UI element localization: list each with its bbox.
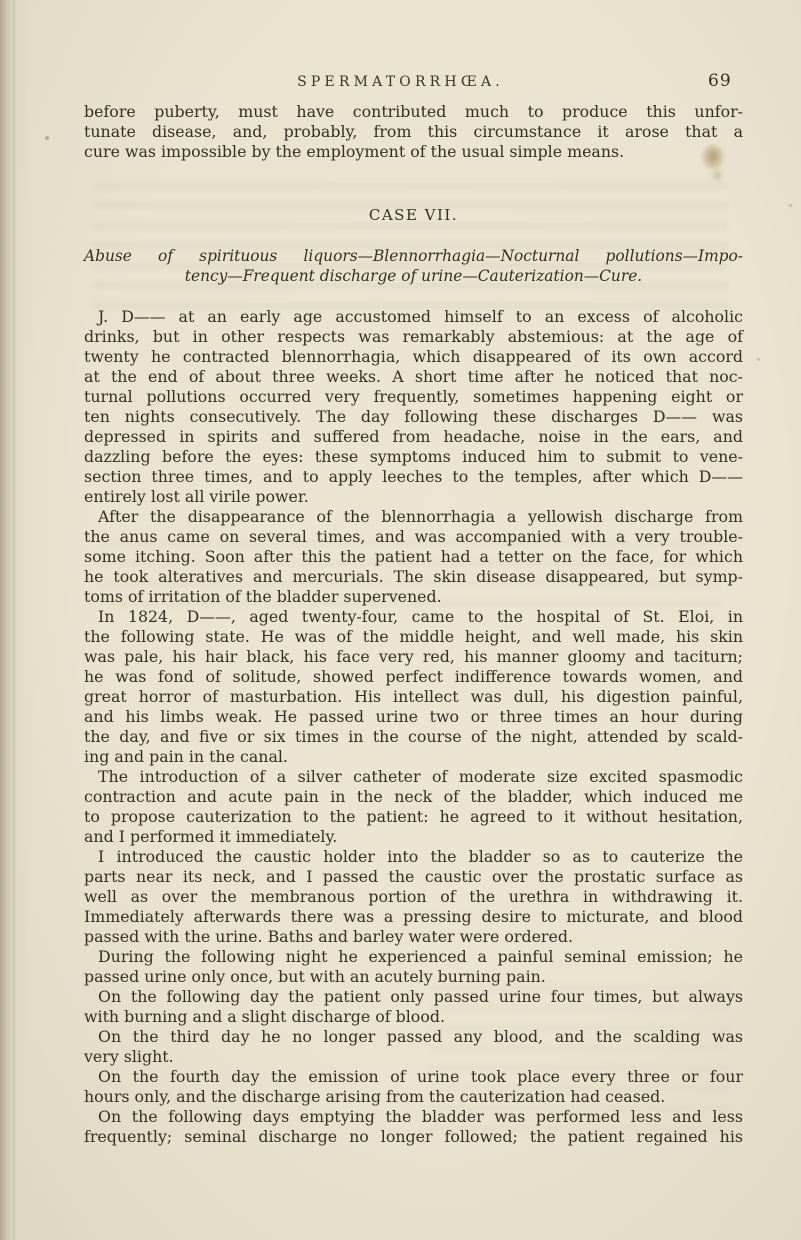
text-line: During the following night he experience… [84,947,743,967]
text-line: On the following days emptying the bladd… [84,1107,743,1127]
text-line: the day, and five or six times in the co… [84,727,743,747]
page-left-edge-shadow [0,0,34,1240]
text-line: he took alteratives and mercurials. The … [84,567,743,587]
text-line: toms of irritation of the bladder superv… [84,587,743,607]
text-line: before puberty, must have contributed mu… [84,102,743,122]
text-line: In 1824, D——, aged twenty-four, came to … [84,607,743,627]
running-head: SPERMATORRHŒA. [0,74,801,90]
text-line: Immediately afterwards there was a press… [84,907,743,927]
binding-crease [13,0,15,1240]
text-line: at the end of about three weeks. A short… [84,367,743,387]
text-line: I introduced the caustic holder into the… [84,847,743,867]
text-line: On the fourth day the emission of urine … [84,1067,743,1087]
text-line: he was fond of solitude, showed perfect … [84,667,743,687]
text-line: parts near its neck, and I passed the ca… [84,867,743,887]
book-page: { "meta": { "document_type": "printed-bo… [0,0,801,1240]
text-line: Abuse of spirituous liquors—Blennorrhagi… [84,246,743,266]
text-line: with burning and a slight discharge of b… [84,1007,743,1027]
text-line: and his limbs weak. He passed urine two … [84,707,743,727]
text-line: J. D—— at an early age accustomed himsel… [84,307,743,327]
text-line: was pale, his hair black, his face very … [84,647,743,667]
text-line: The introduction of a silver catheter of… [84,767,743,787]
case-heading: CASE VII. [84,206,743,224]
text-line: cure was impossible by the employment of… [84,142,743,162]
text-line: twenty he contracted blennorrhagia, whic… [84,347,743,367]
text-line: dazzling before the eyes: these symptoms… [84,447,743,467]
text-line: tency—Frequent discharge of urine—Cauter… [84,266,743,286]
text-line: the following state. He was of the middl… [84,627,743,647]
text-line: frequently; seminal discharge no longer … [84,1127,743,1147]
text-line: ten nights consecutively. The day follow… [84,407,743,427]
text-line: well as over the membranous portion of t… [84,887,743,907]
text-line: hours only, and the discharge arising fr… [84,1087,743,1107]
text-line: passed urine only once, but with an acut… [84,967,743,987]
text-line: and I performed it immediately. [84,827,743,847]
paper-speck [789,204,792,207]
text-line: tunate disease, and, probably, from this… [84,122,743,142]
case-body: J. D—— at an early age accustomed himsel… [84,307,743,1147]
text-line: drinks, but in other respects was remark… [84,327,743,347]
text-line: contraction and acute pain in the neck o… [84,787,743,807]
case-subtitle: Abuse of spirituous liquors—Blennorrhagi… [84,246,743,286]
text-line: After the disappearance of the blennorrh… [84,507,743,527]
text-line: some itching. Soon after this the patien… [84,547,743,567]
text-line: very slight. [84,1047,743,1067]
text-line: the anus came on several times, and was … [84,527,743,547]
text-line: turnal pollutions occurred very frequent… [84,387,743,407]
intro-paragraph: before puberty, must have contributed mu… [84,102,743,162]
text-line: to propose cauterization to the patient:… [84,807,743,827]
foxing-stain [711,168,724,183]
text-line: entirely lost all virile power. [84,487,743,507]
text-line: passed with the urine. Baths and barley … [84,927,743,947]
text-line: ing and pain in the canal. [84,747,743,767]
text-line: On the following day the patient only pa… [84,987,743,1007]
text-line: section three times, and to apply leeche… [84,467,743,487]
page-number: 69 [708,71,732,91]
text-line: great horror of masturbation. His intell… [84,687,743,707]
text-line: On the third day he no longer passed any… [84,1027,743,1047]
text-line: depressed in spirits and suffered from h… [84,427,743,447]
paper-speck [45,136,49,140]
paper-speck [757,358,760,361]
